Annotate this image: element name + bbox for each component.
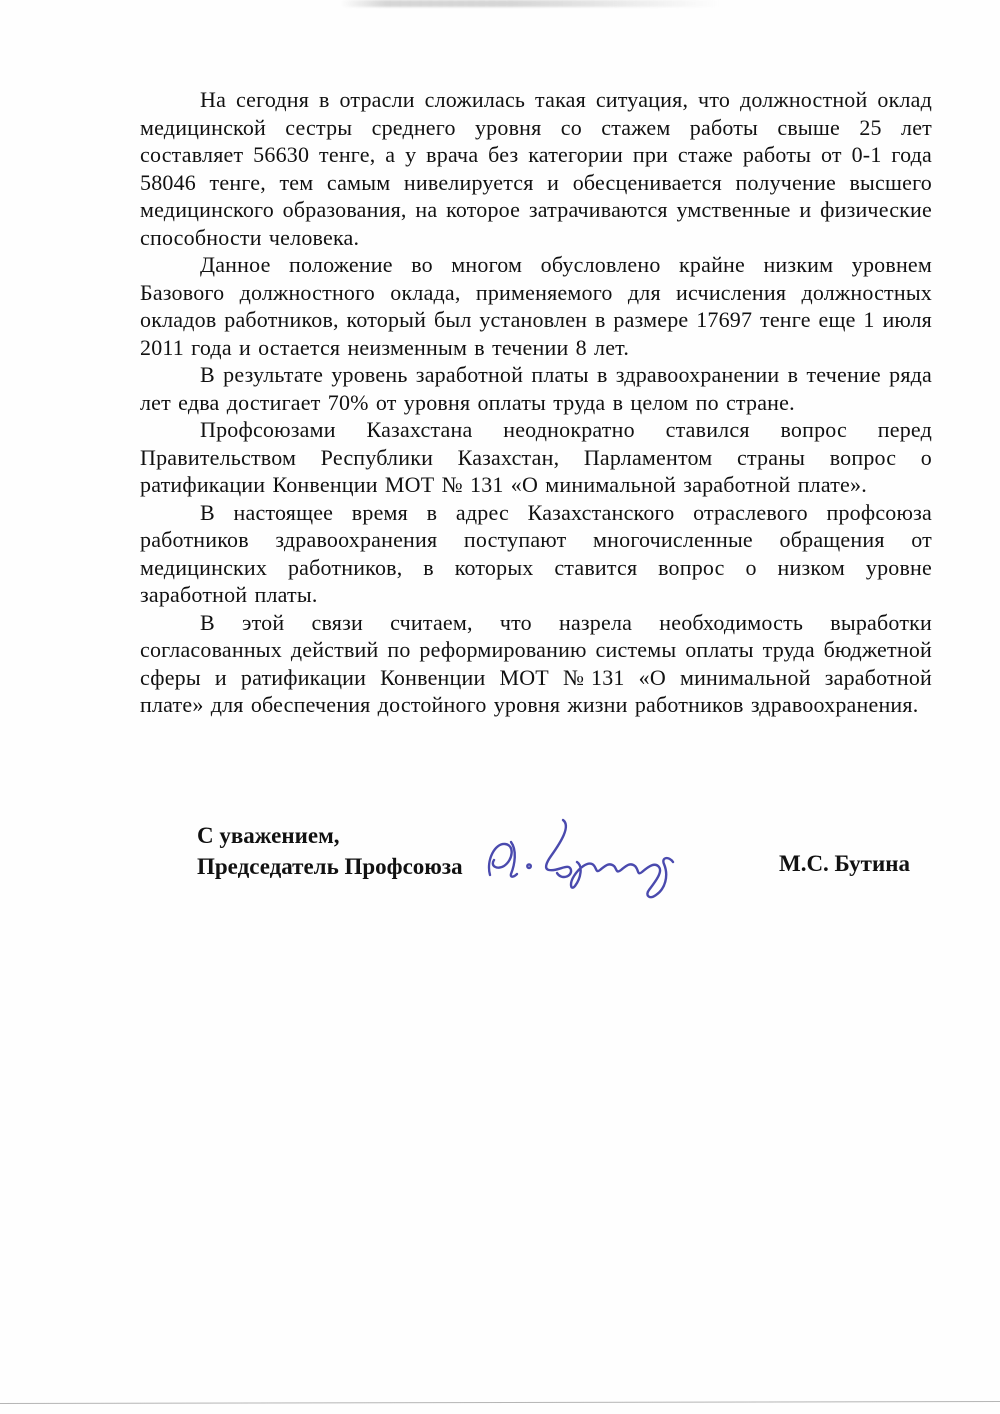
paragraph-5: В настоящее время в адрес Казахстанского… (140, 499, 932, 609)
scan-artifact-top (340, 0, 720, 7)
paragraph-2: Данное положение во многом обусловлено к… (140, 251, 932, 361)
closing-block: С уважением, Председатель Профсоюза М.С.… (197, 820, 932, 940)
paragraph-1: На сегодня в отрасли сложилась такая сит… (140, 86, 932, 251)
closing-salutation: С уважением, (197, 820, 463, 851)
scan-artifact-bottom (0, 1401, 1000, 1404)
closing-name: М.С. Бутина (779, 851, 910, 877)
closing-left: С уважением, Председатель Профсоюза (197, 820, 463, 882)
handwritten-signature-icon (459, 812, 699, 927)
paragraph-3: В результате уровень заработной платы в … (140, 361, 932, 416)
letter-body: На сегодня в отрасли сложилась такая сит… (140, 86, 932, 719)
document-page: На сегодня в отрасли сложилась такая сит… (0, 0, 1000, 1414)
closing-title: Председатель Профсоюза (197, 851, 463, 882)
paragraph-4: Профсоюзами Казахстана неоднократно став… (140, 416, 932, 499)
paragraph-6: В этой связи считаем, что назрела необхо… (140, 609, 932, 719)
